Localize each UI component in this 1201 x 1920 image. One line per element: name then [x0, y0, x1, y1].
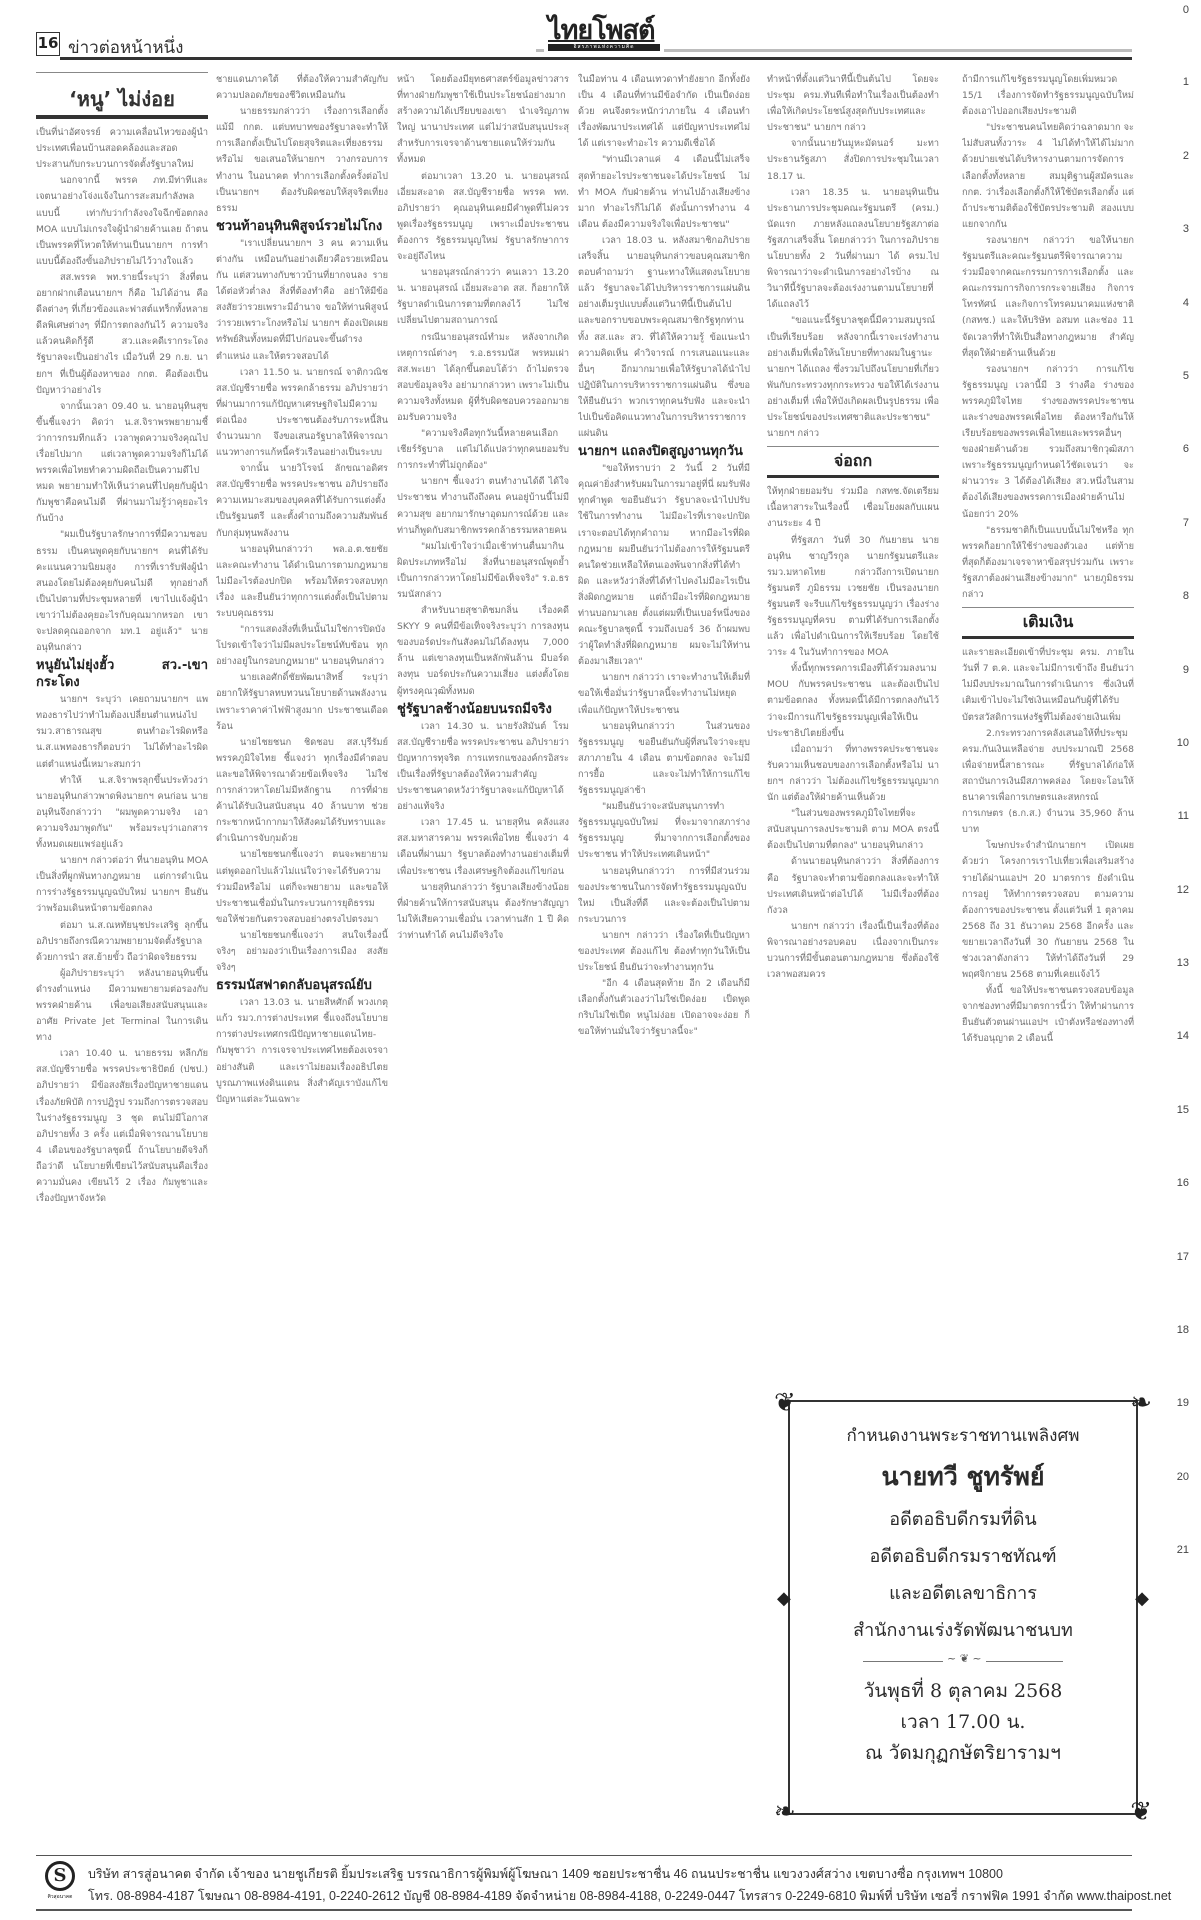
notice-content: กำหนดงานพระราชทานเพลิงศพ นายทวี ชูทรัพย์… — [804, 1408, 1122, 1769]
paragraph: เมื่อถามว่า ที่ทางพรรคประชาชนจะรับความเห… — [767, 742, 939, 806]
paragraph: นายกฯ ชี้แจงว่า ตนทำงานได้ดี ได้ใจประชาช… — [397, 474, 569, 538]
paragraph: นอกจากนี้ พรรค ภท.มีท่าทีและเจตนาอย่างโจ… — [36, 173, 208, 270]
logo-wordmark: ไทยโพสต์ — [548, 18, 660, 43]
ruler-mark: 14 — [1177, 1030, 1189, 1042]
paragraph: "ขอให้ทราบว่า 2 วันนี้ 2 วันที่มีคุณค่าย… — [578, 461, 750, 670]
paragraph: "การแสดงสิ่งที่เห็นนั้นไม่ใช่การปิดบัง โ… — [216, 622, 388, 670]
ruler-mark: 2 — [1183, 150, 1189, 162]
ruler-mark: 0 — [1183, 4, 1189, 16]
notice-venue: ณ วัดมกุฏกษัตริยารามฯ — [804, 1738, 1122, 1769]
paragraph: เวลา 13.03 น. นายสีหศักดิ์ พวงเกตุแก้ว ร… — [216, 995, 388, 1108]
paragraph: เวลา 17.45 น. นายสุทิน คลังแสง สส.มหาสาร… — [397, 815, 569, 879]
ruler-mark: 6 — [1183, 443, 1189, 455]
paragraph: 2.กระทรวงการคลังเสนอให้ที่ประชุม ครม.กัน… — [962, 726, 1134, 839]
publisher-contacts: โทร. 08-8984-4187 โฆษณา 08-8984-4191, 0-… — [88, 1886, 1171, 1906]
paragraph: เวลา 18.35 น. นายอนุทินเป็นประธานการประช… — [767, 185, 939, 314]
paragraph: ทั้งนี้ทุกพรรคการเมืองที่ได้ร่วมลงนาม MO… — [767, 661, 939, 741]
funeral-notice-ad: ❦ ❧ ❧ ❦ ◆ ◆ กำหนดงานพระราชทานเพลิงศพ นาย… — [774, 1390, 1152, 1825]
ruler-mark: 9 — [1183, 664, 1189, 676]
ruler-mark: 20 — [1177, 1471, 1189, 1483]
paragraph: หน้า โดยต้องมียุทธศาสตร์ข้อมูลข่าวสาร ที… — [397, 72, 569, 169]
paragraph: "ประชาชนคนไทยคิดว่าฉลาดมาก จะไม่สับสนทั้… — [962, 120, 1134, 233]
publisher-footer: ศิวสุอนาคต บริษัท สารสู่อนาคต จำกัด เจ้า… — [36, 1855, 1132, 1911]
ruler-mark: 15 — [1177, 1104, 1189, 1116]
ruler-mark: 1 — [1183, 76, 1189, 88]
article-column-4: ในมือท่าน 4 เดือนเทวดาทำยังยาก อีกทั้งยั… — [578, 72, 750, 1797]
paragraph: ที่รัฐสภา วันที่ 30 กันยายน นายอนุทิน ชา… — [767, 533, 939, 662]
notice-title-line: อดีตอธิบดีกรมที่ดิน — [804, 1505, 1122, 1534]
corner-ornament-icon: ❧ — [1130, 1390, 1152, 1416]
article-column-5: ทำหน้าที่ตั้งแต่วินาทีนี้เป็นต้นไป โดยจะ… — [767, 72, 939, 1390]
article-column-6: ถ้ามีการแก้ไขรัฐธรรมนูญโดยเพิ่มหมวด 15/1… — [962, 72, 1134, 1390]
paragraph: สส.พรรค พท.รายนี้ระบุว่า สิ่งที่ตนอยากฝา… — [36, 270, 208, 399]
paragraph: โฆษกประจำสำนักนายกฯ เปิดเผยด้วยว่า โครงก… — [962, 838, 1134, 983]
page-number: 16 — [36, 32, 60, 56]
publisher-logo-icon — [45, 1861, 75, 1891]
paragraph: "ผมยืนยันว่าจะสนับสนุนการทำรัฐธรรมนูญฉบั… — [578, 799, 750, 863]
paragraph: ให้ทุกฝ่ายยอมรับ ร่วมมือ กสทช.จัดเตรียมเ… — [767, 484, 939, 532]
paragraph: "ธรรมชาติก็เป็นแบบนั้นไม่ใช่หรือ ทุกพรรค… — [962, 523, 1134, 603]
paragraph: ทั้งนี้ ขอให้ประชาชนตรวจสอบข้อมูลจากช่อง… — [962, 983, 1134, 1047]
paragraph: เป็นที่น่าอัศจรรย์ ความเคลื่อนไหวของผู้น… — [36, 125, 208, 173]
paragraph: เวลา 14.30 น. นายรังสิมันต์ โรม สส.บัญชี… — [397, 719, 569, 816]
paragraph: ต่อมาเวลา 13.20 น. นายอนุสรณ์ เอี่ยมสะอา… — [397, 169, 569, 266]
notice-time: เวลา 17.00 น. — [804, 1707, 1122, 1738]
subheading: นายกฯ แถลงปิดสูญงานทุกวัน — [578, 443, 750, 460]
subheading: ชู่รัฐบาลช้างน้อยบนรถมีจริง — [397, 701, 569, 718]
paragraph: นายกฯ กล่าวว่า เราจะทำงานให้เต็มที่ ขอให… — [578, 670, 750, 718]
page-ruler: 0 1 2 3 4 5 6 7 8 9 10 11 12 13 14 15 16… — [1161, 0, 1201, 1920]
paragraph: ชายแดนภาคใต้ ที่ต้องให้ความสำคัญกับความป… — [216, 72, 388, 104]
paragraph: ถ้ามีการแก้ไขรัฐธรรมนูญโดยเพิ่มหมวด 15/1… — [962, 72, 1134, 120]
paragraph: นายธรรมกล่าวว่า เรื่องการเลือกตั้งแม้มี … — [216, 104, 388, 217]
paragraph: นายอนุทินกล่าวว่า พล.อ.ต.ชยชัย และคณะทำง… — [216, 542, 388, 622]
story-headline: จ่อถก — [767, 446, 939, 478]
notice-date: วันพุธที่ 8 ตุลาคม 2568 — [804, 1676, 1122, 1707]
header-rule — [60, 57, 1132, 60]
notice-title-line: สำนักงานเร่งรัดพัฒนาชนบท — [804, 1616, 1122, 1645]
paragraph: ในมือท่าน 4 เดือนเทวดาทำยังยาก อีกทั้งยั… — [578, 72, 750, 152]
publisher-logo-caption: ศิวสุอนาคต — [42, 1893, 78, 1901]
notice-title-line: และอดีตเลขาธิการ — [804, 1579, 1122, 1608]
notice-heading: กำหนดงานพระราชทานเพลิงศพ — [804, 1422, 1122, 1449]
ruler-mark: 13 — [1177, 957, 1189, 969]
thaipost-logo: ไทยโพสต์ อิสรภาพแห่งความคิด — [544, 18, 664, 52]
paragraph: "ผมเป็นรัฐบาลรักษาการที่มีความชอบธรรม เป… — [36, 527, 208, 656]
article-column-1: ‘หนู’ ไม่ง่อย เป็นที่น่าอัศจรรย์ ความเคล… — [36, 72, 208, 1797]
paragraph: เวลา 11.50 น. นายกรณ์ จาติกวณิช สส.บัญชี… — [216, 365, 388, 462]
paragraph: "อีก 4 เดือนสุดท้าย อีก 2 เดือนก็มีเลือก… — [578, 976, 750, 1040]
ruler-mark: 17 — [1177, 1251, 1189, 1263]
ruler-mark: 11 — [1178, 810, 1189, 822]
ruler-mark: 16 — [1177, 1177, 1189, 1189]
paragraph: "ในส่วนของพรรคภูมิใจไทยที่จะสนับสนุนการล… — [767, 806, 939, 854]
paragraph: "เราเปลี่ยนนายกฯ 3 คน ความเห็นต่างกัน เห… — [216, 236, 388, 365]
notice-title-line: อดีตอธิบดีกรมราชทัณฑ์ — [804, 1542, 1122, 1571]
ruler-mark: 19 — [1177, 1397, 1189, 1409]
paragraph: จากนั้นนายวันมูหะมัดนอร์ มะทา ประธานรัฐส… — [767, 136, 939, 184]
ruler-mark: 8 — [1183, 590, 1189, 602]
corner-ornament-icon: ❦ — [774, 1390, 796, 1416]
newspaper-page: 16 ข่าวต่อหน้าหนึ่ง ไทยโพสต์ อิสรภาพแห่ง… — [0, 0, 1201, 1920]
paragraph: ผู้อภิปรายระบุว่า หลังนายอนุทินขึ้นดำรงต… — [36, 966, 208, 1046]
paragraph: นายอนุสรณ์กล่าวว่า คนเลวา 13.20 น. นายอน… — [397, 265, 569, 329]
publisher-address: บริษัท สารสู่อนาคต จำกัด เจ้าของ นายชูเก… — [88, 1864, 1003, 1884]
paragraph: นายเลอศักดิ์ชัยพัฒนาสิทธิ์ ระบุว่า อยากใ… — [216, 670, 388, 734]
subheading: หนูยันไม่ยุ่งฮั้ว สว.-เขากระโดง — [36, 657, 208, 691]
paragraph: กรณีนายอนุสรณ์ทำมะ หลังจากเกิดเหตุการณ์ต… — [397, 330, 569, 427]
story-headline: เติมเงิน — [962, 607, 1134, 639]
paragraph: นายกฯ กล่าวต่อว่า ที่นายอนุทิน MOA เป็นส… — [36, 853, 208, 917]
ruler-mark: 4 — [1183, 297, 1189, 309]
paragraph: "ผมไม่เข้าใจว่าเมื่อเช้าท่านตื่นมากินผิด… — [397, 539, 569, 603]
paragraph: "ขอแนะนี้รัฐบาลชุดนี้มีความสมบูรณ์เป็นที… — [767, 313, 939, 442]
paragraph: นายกฯ กล่าวว่า เรื่องนี้เป็นเรื่องที่ต้อ… — [767, 919, 939, 983]
paragraph: รองนายกฯ กล่าวว่า การแก้ไขรัฐธรรมนูญ เวล… — [962, 362, 1134, 523]
deceased-name: นายทวี ชูทรัพย์ — [804, 1457, 1122, 1497]
diamond-ornament-icon: ◆ — [777, 1590, 791, 1608]
ruler-mark: 18 — [1177, 1324, 1189, 1336]
corner-ornament-icon: ❦ — [1130, 1799, 1152, 1825]
paragraph: สำหรับนายสุชาติชมกลิ่น เรื่องคดี SKYY 9 … — [397, 603, 569, 700]
paragraph: จากนั้นเวลา 09.40 น. นายอนุทินสุขขึ้นชี้… — [36, 399, 208, 528]
paragraph: นายกฯ ระบุว่า เคยถามนายกฯ แพทองธารไปว่าท… — [36, 692, 208, 772]
paragraph: นายไชยชนกชี้แจงว่า ตนจะพยายาม แต่พูดออกไ… — [216, 847, 388, 927]
paragraph: นายอนุทินกล่าวว่า ในส่วนของรัฐธรรมนูญ ขอ… — [578, 719, 750, 799]
corner-ornament-icon: ❧ — [774, 1799, 796, 1825]
page-header: 16 ข่าวต่อหน้าหนึ่ง ไทยโพสต์ อิสรภาพแห่ง… — [36, 18, 1132, 58]
ruler-mark: 12 — [1177, 884, 1189, 896]
ornamental-divider — [863, 1661, 1063, 1662]
subheading: ธรรมนัสฟาดกลับอนุสรณ์ยับ — [216, 977, 388, 994]
paragraph: เวลา 10.40 น. นายธรรม หลีกภัย สส.บัญชีรา… — [36, 1046, 208, 1207]
paragraph: รองนายกฯ กล่าวว่า ขอให้นายกรัฐมนตรีและคณ… — [962, 233, 1134, 362]
paragraph: และรายละเอียดเข้าที่ประชุม ครม. ภายในวัน… — [962, 645, 1134, 725]
paragraph: ทำหน้าที่ตั้งแต่วินาทีนี้เป็นต้นไป โดยจะ… — [767, 72, 939, 136]
paragraph: "ความจริงคือทุกวันนี้หลายคนเลือกเชียร์รั… — [397, 426, 569, 474]
publisher-logo: ศิวสุอนาคต — [42, 1861, 78, 1907]
paragraph: นายสุทินกล่าวว่า รัฐบาลเสียงข้างน้อยที่ฝ… — [397, 880, 569, 944]
paragraph: นายไชยชนกชี้แจงว่า สนใจเรื่องนี้จริงๆ อย… — [216, 928, 388, 976]
ruler-mark: 7 — [1183, 517, 1189, 529]
paragraph: ทำให้ น.ส.จิราพรลุกขึ้นประท้วงว่า นายอนุ… — [36, 773, 208, 853]
article-column-2: ชายแดนภาคใต้ ที่ต้องให้ความสำคัญกับความป… — [216, 72, 388, 1797]
article-column-3: หน้า โดยต้องมียุทธศาสตร์ข้อมูลข่าวสาร ที… — [397, 72, 569, 1797]
paragraph: นายกฯ กล่าวว่า เรื่องใดที่เป็นปัญหาของปร… — [578, 928, 750, 976]
ruler-mark: 10 — [1177, 737, 1189, 749]
column-headline: ‘หนู’ ไม่ง่อย — [36, 72, 208, 115]
headline-rule — [36, 115, 208, 119]
paragraph: ด้านนายอนุทินกล่าวว่า สิ่งที่ต้องการ คือ… — [767, 854, 939, 918]
ruler-mark: 5 — [1183, 370, 1189, 382]
diamond-ornament-icon: ◆ — [1135, 1590, 1149, 1608]
paragraph: "ท่านมีเวลาแค่ 4 เดือนนี้ไม่เสร็จสุดท้าย… — [578, 152, 750, 232]
ruler-mark: 21 — [1177, 1544, 1189, 1556]
subheading: ชวนท้าอนุทินพิสูจน์รวยไม่โกง — [216, 218, 388, 235]
paragraph: จากนั้น นายวิโรจน์ ลักขณาอดิศร สส.บัญชีร… — [216, 461, 388, 541]
paragraph: นายไชยชนก ชิดชอบ สส.บุรีรัมย์ พรรคภูมิใจ… — [216, 735, 388, 848]
ruler-mark: 3 — [1183, 223, 1189, 235]
paragraph: ต่อมา น.ส.ณหทัยนุชประเสริฐ ลุกขึ้นอภิปรา… — [36, 918, 208, 966]
paragraph: เวลา 18.03 น. หลังสมาชิกอภิปรายเสร็จสิ้น… — [578, 233, 750, 442]
paragraph: นายอนุทินกล่าวว่า การที่มีส่วนร่วมของประ… — [578, 864, 750, 928]
